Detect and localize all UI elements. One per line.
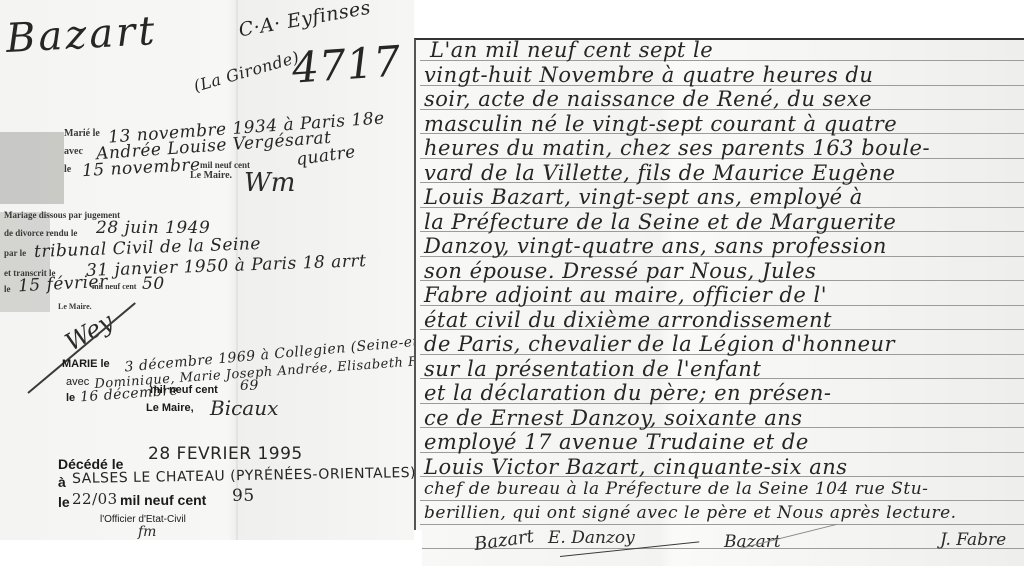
- scan-shadow: [0, 212, 50, 312]
- year-value-2: 69: [240, 378, 259, 394]
- divorce-year: 50: [142, 274, 165, 294]
- on-label-death: le: [58, 494, 70, 510]
- with-label: avec: [64, 146, 83, 157]
- act-line-2: vingt-huit Novembre à quatre heures du: [424, 63, 873, 87]
- divorce-mayor-label: Le Maire.: [58, 302, 92, 311]
- mayor-label: Le Maire.: [190, 170, 232, 181]
- death-transcription-date: 22/03: [72, 490, 118, 508]
- married-label: Marié le: [64, 128, 100, 139]
- mayor-2-signature: Bicaux: [210, 396, 278, 420]
- act-line-17: employé 17 avenue Trudaine et de: [424, 430, 809, 454]
- divorce-line-5: le: [4, 284, 11, 294]
- with-label-2: avec: [66, 376, 89, 388]
- year-text-2: mil neuf cent: [150, 384, 218, 396]
- death-year: 95: [232, 486, 255, 506]
- on-label: le: [64, 164, 71, 175]
- divorce-date: 28 juin 1949: [96, 218, 210, 238]
- signature-witness-1: E. Danzoy: [548, 528, 635, 548]
- blank-strip: [0, 540, 414, 566]
- scan-shadow: [0, 132, 64, 204]
- signature-witness-2: Bazart: [724, 532, 781, 552]
- signature-officer: J. Fabre: [940, 530, 1006, 550]
- on-label-2: le: [66, 392, 75, 404]
- divorce-line-3: par le: [4, 248, 26, 258]
- act-line-10: son épouse. Dressé par Nous, Jules: [424, 259, 816, 283]
- year-text: mil neuf cent: [200, 160, 250, 170]
- ruled-line: [420, 500, 1024, 501]
- mayor-label-2: Le Maire,: [146, 402, 194, 414]
- act-line-7: Louis Bazart, vingt-sept ans, employé à: [424, 185, 863, 209]
- married-label-2: MARIE le: [62, 358, 110, 370]
- act-line-5: heures du matin, chez ses parents 163 bo…: [424, 136, 930, 160]
- surname-heading: Bazart: [5, 8, 159, 62]
- act-line-18: Louis Victor Bazart, cinquante-six ans: [424, 455, 848, 479]
- act-line-3: soir, acte de naissance de René, du sexe: [424, 87, 872, 111]
- act-line-15: et la déclaration du père; en présen-: [424, 381, 831, 405]
- divorce-year-text: mil neuf cent: [92, 282, 136, 291]
- at-label: à: [58, 474, 66, 490]
- act-line-11: Fabre adjoint au maire, officier de l': [424, 283, 827, 307]
- act-line-13: de Paris, chevalier de la Légion d'honne…: [424, 332, 895, 356]
- act-line-14: sur la présentation de l'enfant: [424, 357, 761, 381]
- act-line-6: vard de la Villette, fils de Maurice Eug…: [424, 161, 896, 185]
- officer-signature: fm: [138, 524, 156, 540]
- death-year-text: mil neuf cent: [120, 492, 206, 508]
- ruled-line: [420, 524, 1024, 525]
- act-number: 4717: [290, 36, 402, 92]
- act-line-20: berillien, qui ont signé avec le père et…: [424, 503, 957, 523]
- act-line-19: chef de bureau à la Préfecture de la Sei…: [424, 479, 928, 499]
- act-line-16: ce de Ernest Danzoy, soixante ans: [424, 406, 803, 430]
- act-line-1: L'an mil neuf cent sept le: [430, 38, 713, 62]
- blank-edge: [414, 530, 422, 566]
- divorce-line-2: de divorce rendu le: [4, 228, 77, 238]
- act-line-9: Danzoy, vingt-quatre ans, sans professio…: [424, 234, 887, 258]
- death-date: 28 FEVRIER 1995: [148, 444, 303, 464]
- act-line-4: masculin né le vingt-sept courant à quat…: [424, 112, 897, 136]
- act-line-12: état civil du dixième arrondissement: [424, 308, 832, 332]
- mayor-signature: Wm: [244, 168, 295, 198]
- act-line-8: la Préfecture de la Seine et de Margueri…: [424, 210, 896, 234]
